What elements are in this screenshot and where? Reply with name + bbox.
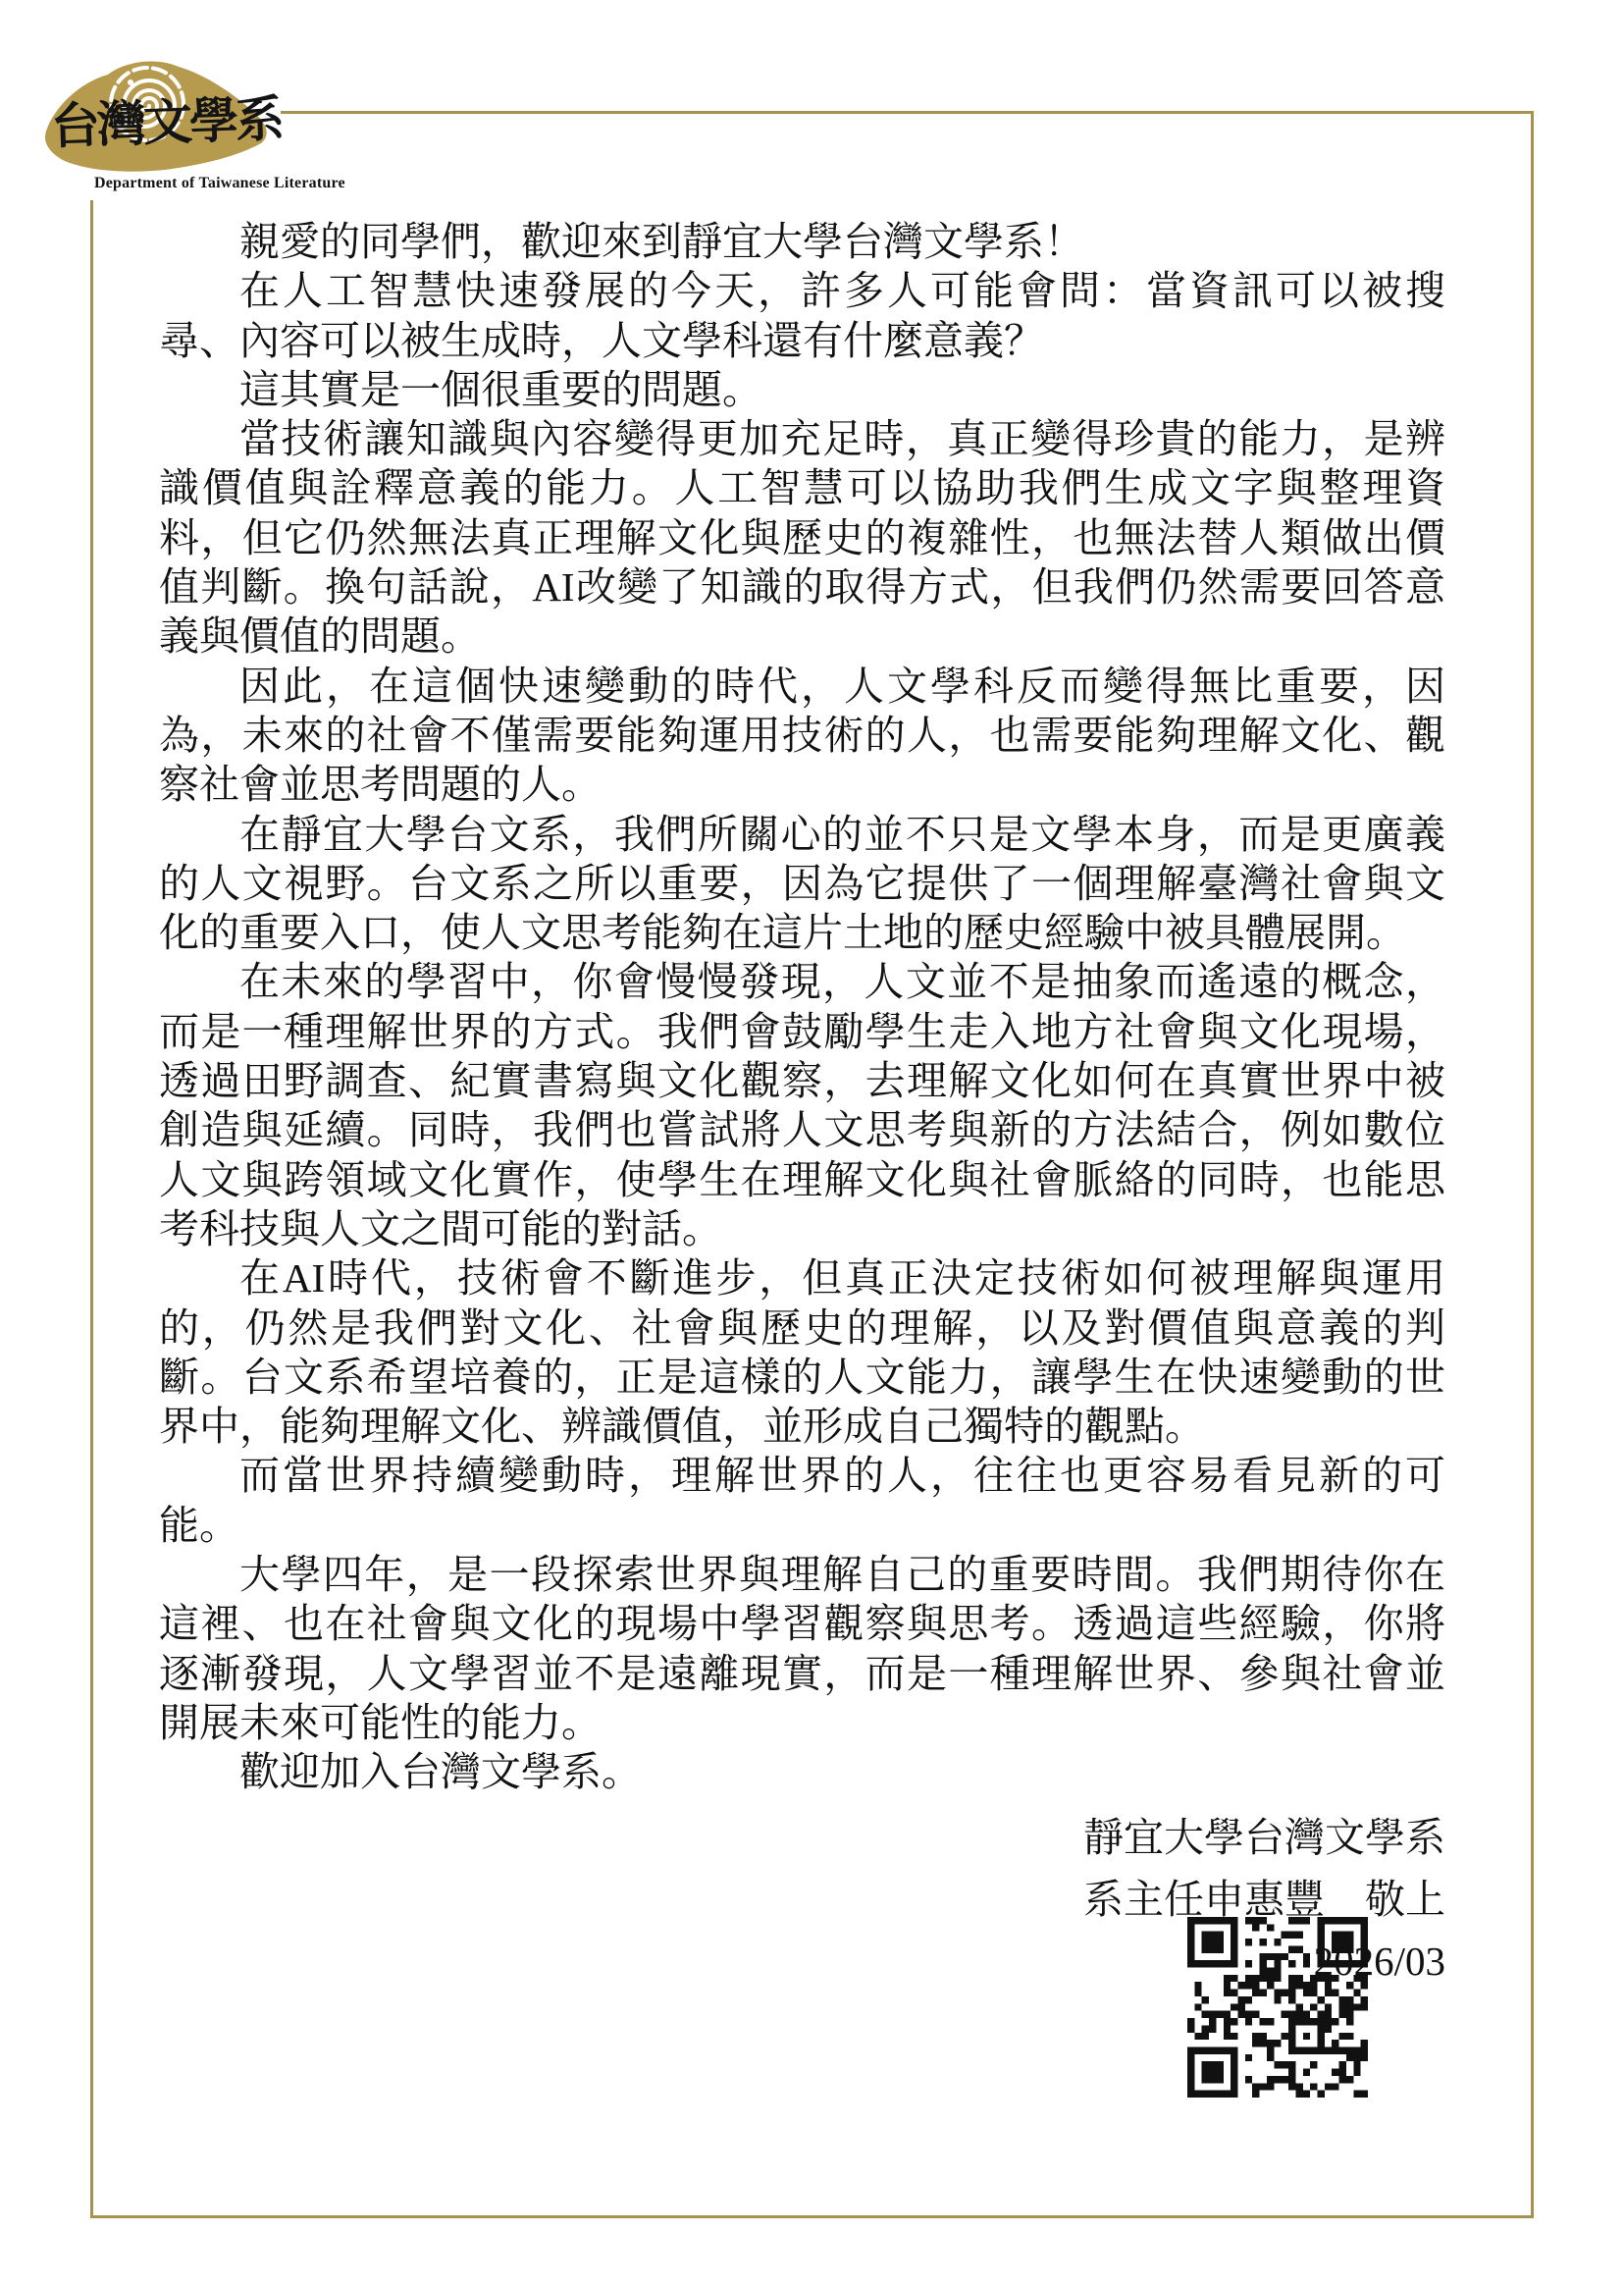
- letter-paragraph: 當技術讓知識與內容變得更加充足時，真正變得珍貴的能力，是辨識價值與詮釋意義的能力…: [159, 414, 1445, 661]
- letter-paragraph: 在AI時代，技術會不斷進步，但真正決定技術如何被理解與運用的，仍然是我們對文化、…: [159, 1253, 1445, 1451]
- logo-subtitle-english: Department of Taiwanese Literature: [94, 175, 345, 192]
- letter-body: 親愛的同學們，歡迎來到靜宜大學台灣文學系！ 在人工智慧快速發展的今天，許多人可能…: [159, 217, 1445, 1993]
- department-logo: 台灣文學系 Department of Taiwanese Literature: [0, 0, 281, 200]
- letter-paragraph: 歡迎加入台灣文學系。: [159, 1747, 1445, 1796]
- letter-paragraph: 在人工智慧快速發展的今天，許多人可能會問：當資訊可以被搜尋、內容可以被生成時，人…: [159, 266, 1445, 365]
- qr-code: [1187, 1917, 1368, 2098]
- letter-paragraph: 因此，在這個快速變動的時代，人文學科反而變得無比重要，因為，未來的社會不僅需要能…: [159, 662, 1445, 810]
- letter-paragraph: 這其實是一個很重要的問題。: [159, 365, 1445, 414]
- logo-title-calligraphy: 台灣文學系: [50, 94, 284, 151]
- letter-paragraph: 親愛的同學們，歡迎來到靜宜大學台灣文學系！: [159, 217, 1445, 266]
- letter-paragraph: 在靜宜大學台文系，我們所關心的並不只是文學本身，而是更廣義的人文視野。台文系之所…: [159, 810, 1445, 958]
- letter-paragraph: 而當世界持續變動時，理解世界的人，往往也更容易看見新的可能。: [159, 1451, 1445, 1550]
- letter-paragraph: 在未來的學習中，你會慢慢發現，人文並不是抽象而遙遠的概念，而是一種理解世界的方式…: [159, 957, 1445, 1253]
- signature-organization: 靜宜大學台灣文學系: [159, 1807, 1445, 1869]
- letter-paragraph: 大學四年，是一段探索世界與理解自己的重要時間。我們期待你在這裡、也在社會與文化的…: [159, 1550, 1445, 1747]
